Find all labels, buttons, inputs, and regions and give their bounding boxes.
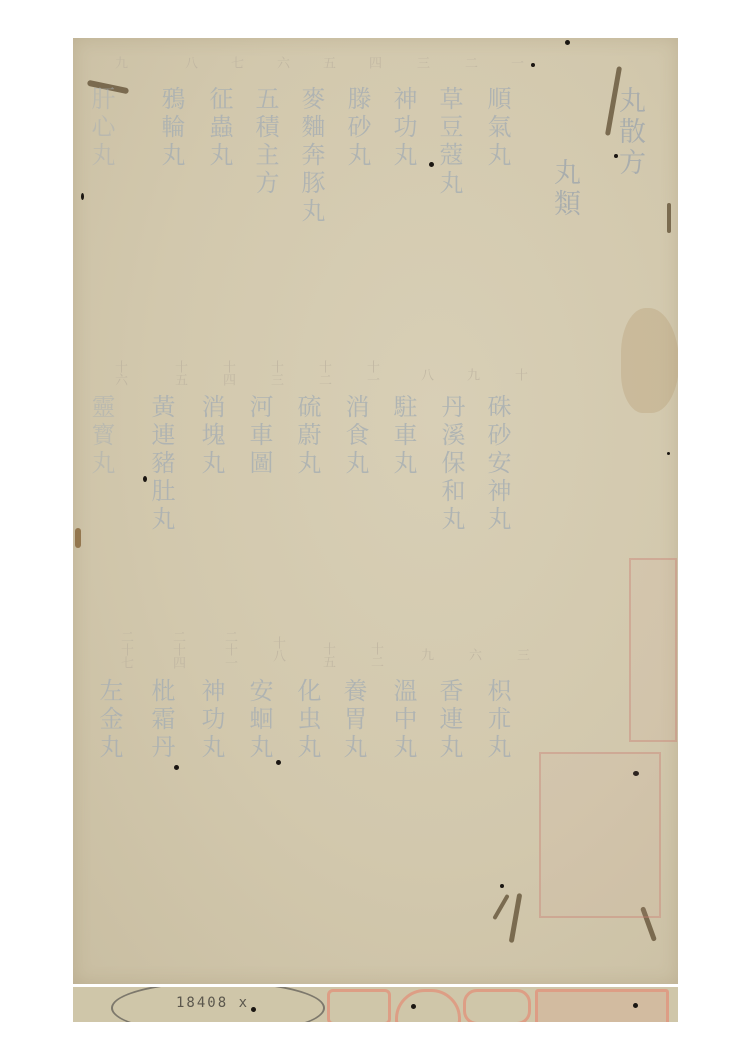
- formula-entry: 枳朮丸: [485, 678, 509, 762]
- formula-entry: 枇霜丹: [149, 678, 173, 762]
- ink-spot: [81, 193, 84, 200]
- ink-spot: [174, 765, 179, 770]
- formula-entry: 硫蔚丸: [295, 394, 319, 478]
- book-page: 丸散方 丸類 一 順氣丸 二 草豆蔻丸 三 神功丸 四 滕砂丸 五 麥麯奔豚丸 …: [73, 38, 678, 984]
- column-number: 十三: [269, 360, 282, 386]
- water-stain: [621, 308, 678, 413]
- formula-entry: 溫中丸: [391, 678, 415, 762]
- column-number: 七: [229, 56, 242, 69]
- column-number: 十四: [221, 360, 234, 386]
- column-number: 三: [515, 648, 528, 661]
- wormhole-right-edge: [667, 203, 671, 233]
- formula-entry: 麥麯奔豚丸: [299, 86, 323, 226]
- column-number: 十八: [271, 636, 284, 662]
- accession-suffix: x: [239, 995, 249, 1011]
- accession-number: 18408: [176, 995, 228, 1011]
- column-number: 一: [509, 56, 522, 69]
- section-title: 丸類: [551, 158, 578, 220]
- column-number: 十一: [365, 360, 378, 386]
- formula-entry: 草豆蔻丸: [437, 86, 461, 198]
- column-number: 九: [465, 368, 478, 381]
- formula-entry: 征蟲丸: [207, 86, 231, 170]
- formula-entry: 神功丸: [199, 678, 223, 762]
- library-seal-vertical: [629, 558, 677, 742]
- formula-entry: 養胃丸: [341, 678, 365, 762]
- column-number: 九: [419, 648, 432, 661]
- column-number: 十五: [321, 642, 334, 668]
- formula-entry: 肝心丸: [89, 86, 113, 170]
- wormhole-bottom-mid-2: [492, 894, 509, 920]
- formula-entry: 神功丸: [391, 86, 415, 170]
- formula-entry: 河車圖: [247, 394, 271, 478]
- library-seal-square: [539, 752, 661, 918]
- column-number: 二十一: [223, 630, 236, 669]
- formula-entry: 化虫丸: [295, 678, 319, 762]
- ink-spot: [500, 884, 504, 888]
- ink-spot: [251, 1007, 256, 1012]
- formula-entry: 消食丸: [343, 394, 367, 478]
- column-number: 八: [419, 368, 432, 381]
- ink-spot: [667, 452, 670, 455]
- column-number: 九: [113, 56, 126, 69]
- column-number: 四: [367, 56, 380, 69]
- bottom-seal-strip: 18408 x: [73, 987, 678, 1022]
- column-number: 八: [183, 56, 196, 69]
- ink-spot: [411, 1004, 416, 1009]
- book-title: 丸散方: [616, 86, 643, 179]
- formula-entry: 硃砂安神丸: [485, 394, 509, 534]
- ink-spot: [633, 1003, 638, 1008]
- column-number: 六: [467, 648, 480, 661]
- seal-glyph-icon: [395, 989, 461, 1022]
- seal-glyph-icon: [463, 989, 531, 1022]
- formula-entry: 駐車丸: [391, 394, 415, 478]
- column-number: 十: [513, 368, 526, 381]
- seal-glyph-icon: [327, 989, 391, 1022]
- formula-entry: 香連丸: [437, 678, 461, 762]
- formula-entry: 左金丸: [97, 678, 121, 762]
- column-number: 十二: [369, 642, 382, 668]
- column-number: 二十四: [171, 630, 184, 669]
- ink-spot: [429, 162, 434, 167]
- column-number: 二十七: [119, 630, 132, 669]
- wormhole-left: [75, 528, 81, 548]
- seal-glyph-icon: [535, 989, 669, 1022]
- formula-entry: 消塊丸: [199, 394, 223, 478]
- formula-entry: 滕砂丸: [345, 86, 369, 170]
- formula-entry: 鴉輪丸: [159, 86, 183, 170]
- formula-entry: 五積主方: [253, 86, 277, 198]
- column-number: 六: [275, 56, 288, 69]
- column-number: 二: [463, 56, 476, 69]
- ink-spot: [531, 63, 535, 67]
- column-number: 十五: [173, 360, 186, 386]
- formula-entry: 安蛔丸: [247, 678, 271, 762]
- formula-entry: 靈寳丸: [89, 394, 113, 478]
- column-number: 三: [415, 56, 428, 69]
- column-number: 十六: [113, 360, 126, 386]
- column-number: 五: [321, 56, 334, 69]
- wormhole-bottom-mid: [509, 893, 523, 943]
- formula-entry: 丹溪保和丸: [439, 394, 463, 534]
- formula-entry: 黃連豬肚丸: [149, 394, 173, 534]
- column-number: 十二: [317, 360, 330, 386]
- ink-spot: [276, 760, 281, 765]
- formula-entry: 順氣丸: [485, 86, 509, 170]
- ink-spot: [565, 40, 570, 45]
